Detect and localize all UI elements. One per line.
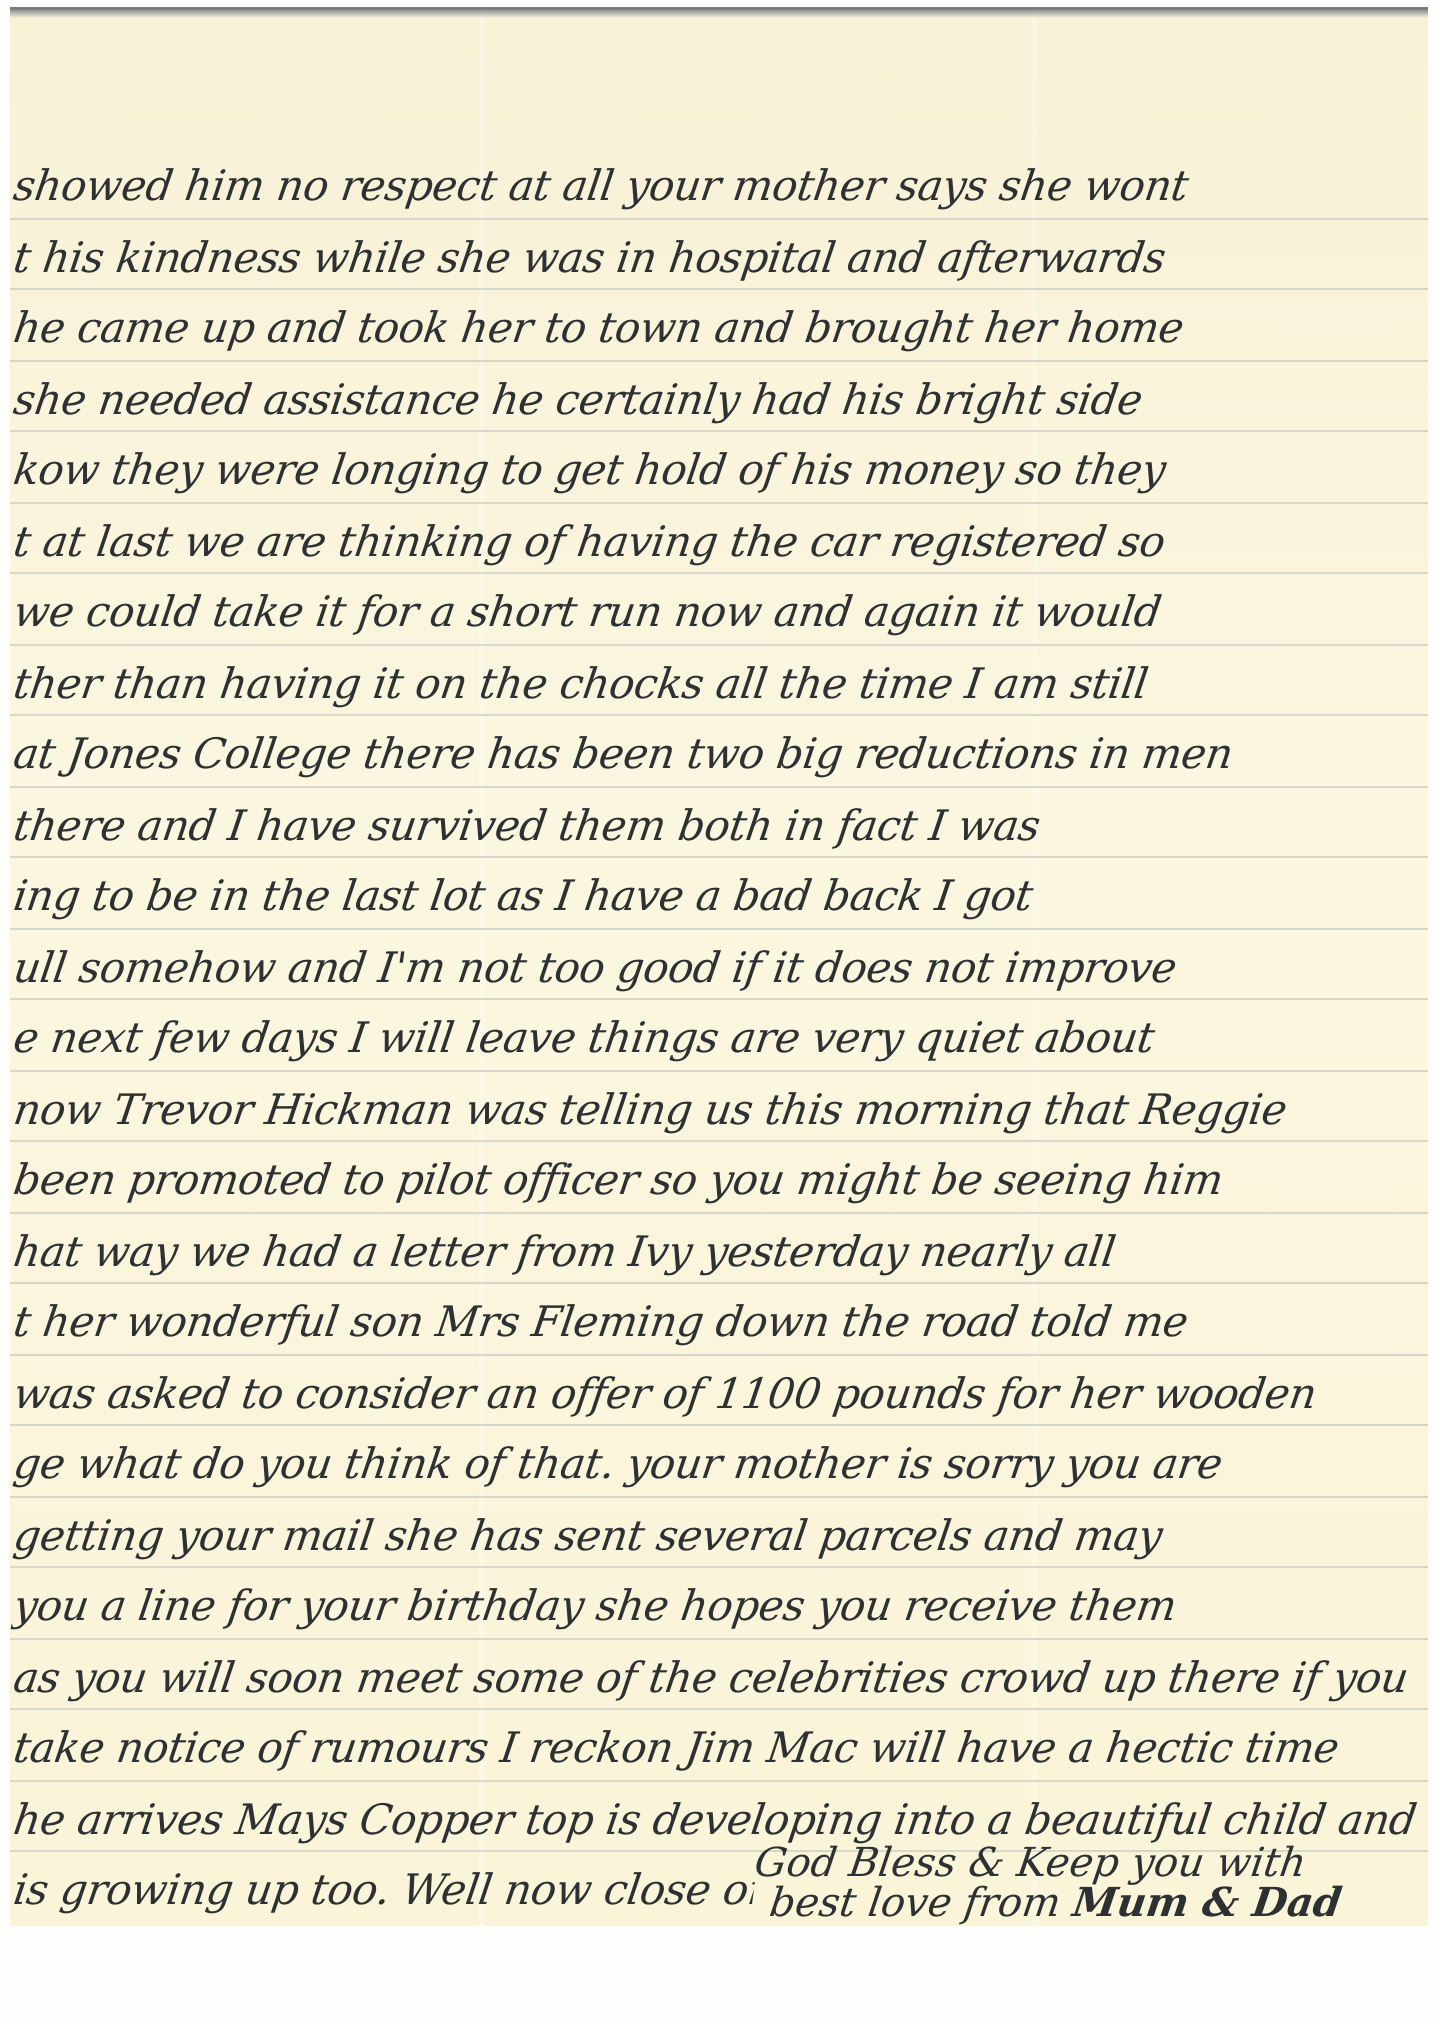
letter-line: ther than having it on the chocks all th… [10, 656, 1433, 712]
ruled-line [10, 786, 1428, 788]
letter-line: was asked to consider an offer of 1100 p… [10, 1366, 1433, 1422]
letter-line: at Jones College there has been two big … [10, 726, 1433, 782]
letter-line: as you will soon meet some of the celebr… [10, 1650, 1433, 1706]
letter-line: he came up and took her to town and brou… [10, 300, 1433, 356]
ruled-line [10, 572, 1428, 574]
letter-line: hat way we had a letter from Ivy yesterd… [10, 1224, 1433, 1280]
ruled-line [10, 1212, 1428, 1214]
ruled-line [10, 1566, 1428, 1568]
letter-line: ge what do you think of that. your mothe… [10, 1436, 1433, 1492]
ruled-line [10, 218, 1428, 220]
closing-love-text: best love from [767, 1880, 1064, 1926]
ruled-line [10, 288, 1428, 290]
ruled-line [10, 430, 1428, 432]
letter-line: there and I have survived them both in f… [10, 798, 1433, 854]
closing-salutation: best love from Mum & Dad [766, 1878, 1344, 1928]
letter-line: e next few days I will leave things are … [10, 1010, 1433, 1066]
letter-line: we could take it for a short run now and… [10, 584, 1433, 640]
ruled-line [10, 1780, 1428, 1782]
letter-line: ing to be in the last lot as I have a ba… [10, 868, 1433, 924]
page-top-edge [10, 8, 1428, 18]
ruled-line [10, 856, 1428, 858]
ruled-line [10, 1282, 1428, 1284]
ruled-line [10, 1496, 1428, 1498]
ruled-line [10, 714, 1428, 716]
ruled-line [10, 928, 1428, 930]
letter-line: been promoted to pilot officer so you mi… [10, 1152, 1433, 1208]
ruled-line [10, 998, 1428, 1000]
ruled-line [10, 1140, 1428, 1142]
letter-line: showed him no respect at all your mother… [10, 158, 1433, 214]
signature: Mum & Dad [1070, 1879, 1345, 1926]
letter-line: she needed assistance he certainly had h… [10, 372, 1433, 428]
letter-line: now Trevor Hickman was telling us this m… [10, 1082, 1433, 1138]
letter-line: t her wonderful son Mrs Fleming down the… [10, 1294, 1433, 1350]
letter-line: t his kindness while she was in hospital… [10, 230, 1433, 286]
ruled-line [10, 1070, 1428, 1072]
ruled-line [10, 1424, 1428, 1426]
ruled-line [10, 360, 1428, 362]
letter-line: getting your mail she has sent several p… [10, 1508, 1433, 1564]
letter-line: kow they were longing to get hold of his… [10, 442, 1433, 498]
letter-line: t at last we are thinking of having the … [10, 514, 1433, 570]
letter-line: ull somehow and I'm not too good if it d… [10, 940, 1433, 996]
ruled-line [10, 1638, 1428, 1640]
ruled-line [10, 1708, 1428, 1710]
ruled-line [10, 644, 1428, 646]
ruled-line [10, 502, 1428, 504]
letter-line: is growing up too. Well now close once [10, 1862, 758, 1918]
letter-line: take notice of rumours I reckon Jim Mac … [10, 1720, 1433, 1776]
letter-page: showed him no respect at all your mother… [10, 8, 1428, 1926]
ruled-line [10, 1354, 1428, 1356]
letter-line: you a line for your birthday she hopes y… [10, 1578, 1433, 1634]
